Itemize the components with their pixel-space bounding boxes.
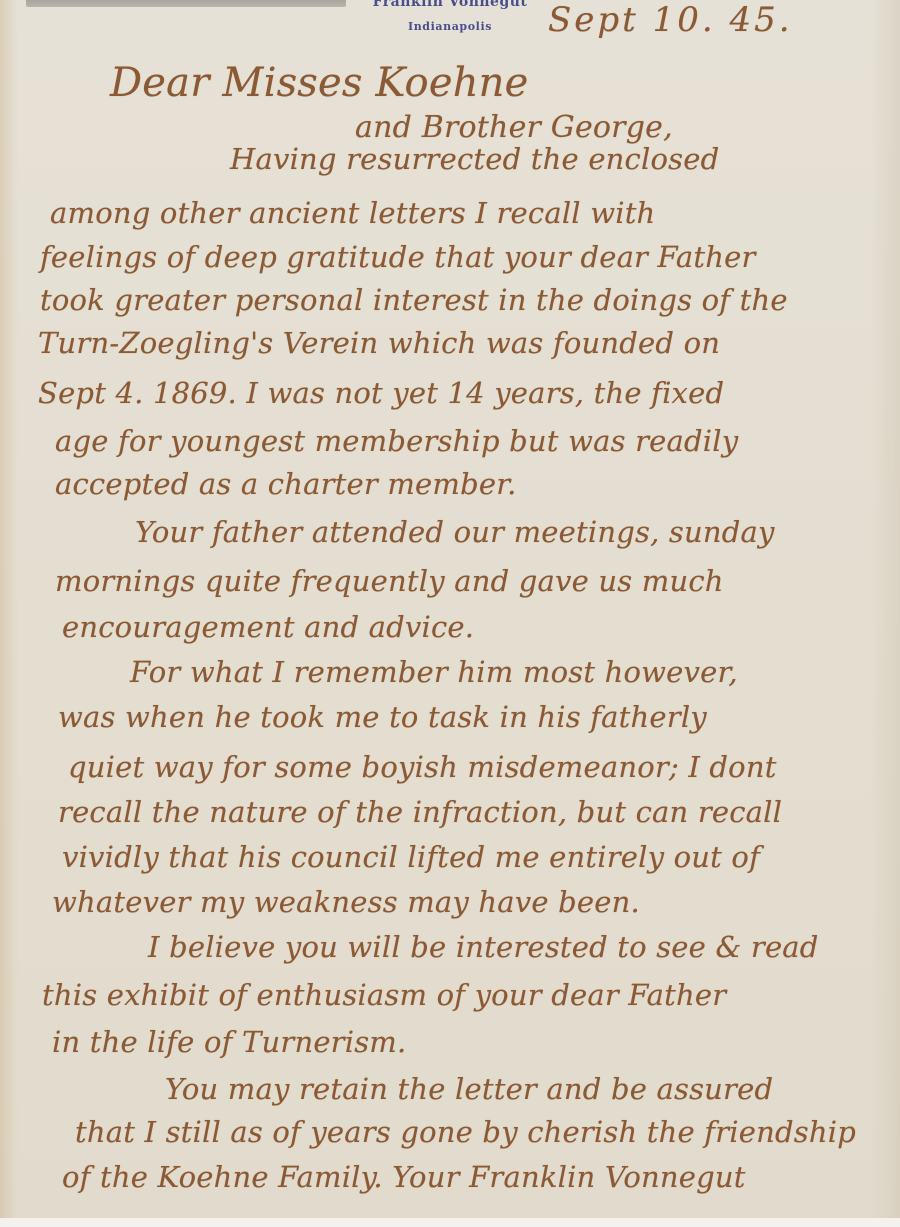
- letterhead-city: Indianapolis: [360, 20, 540, 34]
- closing-signature-line: of the Koehne Family. Your Franklin Vonn…: [62, 1160, 746, 1194]
- body-line: encouragement and advice.: [62, 610, 474, 644]
- salutation-line-2: and Brother George,: [355, 110, 673, 145]
- body-line: I believe you will be interested to see …: [148, 930, 819, 964]
- body-line: among other ancient letters I recall wit…: [50, 196, 655, 230]
- body-line: You may retain the letter and be assured: [165, 1072, 773, 1106]
- body-line: Turn-Zoegling's Verein which was founded…: [38, 326, 720, 360]
- salutation-line-1: Dear Misses Koehne: [110, 60, 529, 106]
- body-line: Your father attended our meetings, sunda…: [135, 515, 775, 549]
- letterhead-name: Franklin Vonnegut: [360, 0, 540, 10]
- body-line: accepted as a charter member.: [55, 467, 517, 501]
- letterhead: Franklin Vonnegut Indianapolis: [360, 0, 540, 34]
- body-line: that I still as of years gone by cherish…: [75, 1115, 856, 1149]
- body-line: feelings of deep gratitude that your dea…: [40, 240, 756, 274]
- body-line: Sept 4. 1869. I was not yet 14 years, th…: [38, 376, 724, 410]
- body-line: age for youngest membership but was read…: [55, 424, 738, 458]
- body-line: was when he took me to task in his fathe…: [58, 700, 707, 734]
- body-line: Having resurrected the enclosed: [230, 142, 719, 176]
- body-line: For what I remember him most however,: [130, 655, 738, 689]
- body-line: whatever my weakness may have been.: [52, 885, 640, 919]
- body-line: recall the nature of the infraction, but…: [58, 795, 782, 829]
- body-line: vividly that his council lifted me entir…: [62, 840, 760, 874]
- body-line: took greater personal interest in the do…: [40, 283, 788, 317]
- body-line: quiet way for some boyish misdemeanor; I…: [68, 750, 777, 784]
- bottom-margin: [0, 1218, 900, 1227]
- page-edge-strip: [26, 0, 346, 7]
- letter-date: Sept 10. 45.: [548, 0, 793, 40]
- body-line: this exhibit of enthusiasm of your dear …: [42, 978, 726, 1012]
- body-line: in the life of Turnerism.: [52, 1025, 406, 1059]
- body-line: mornings quite frequently and gave us mu…: [55, 564, 724, 598]
